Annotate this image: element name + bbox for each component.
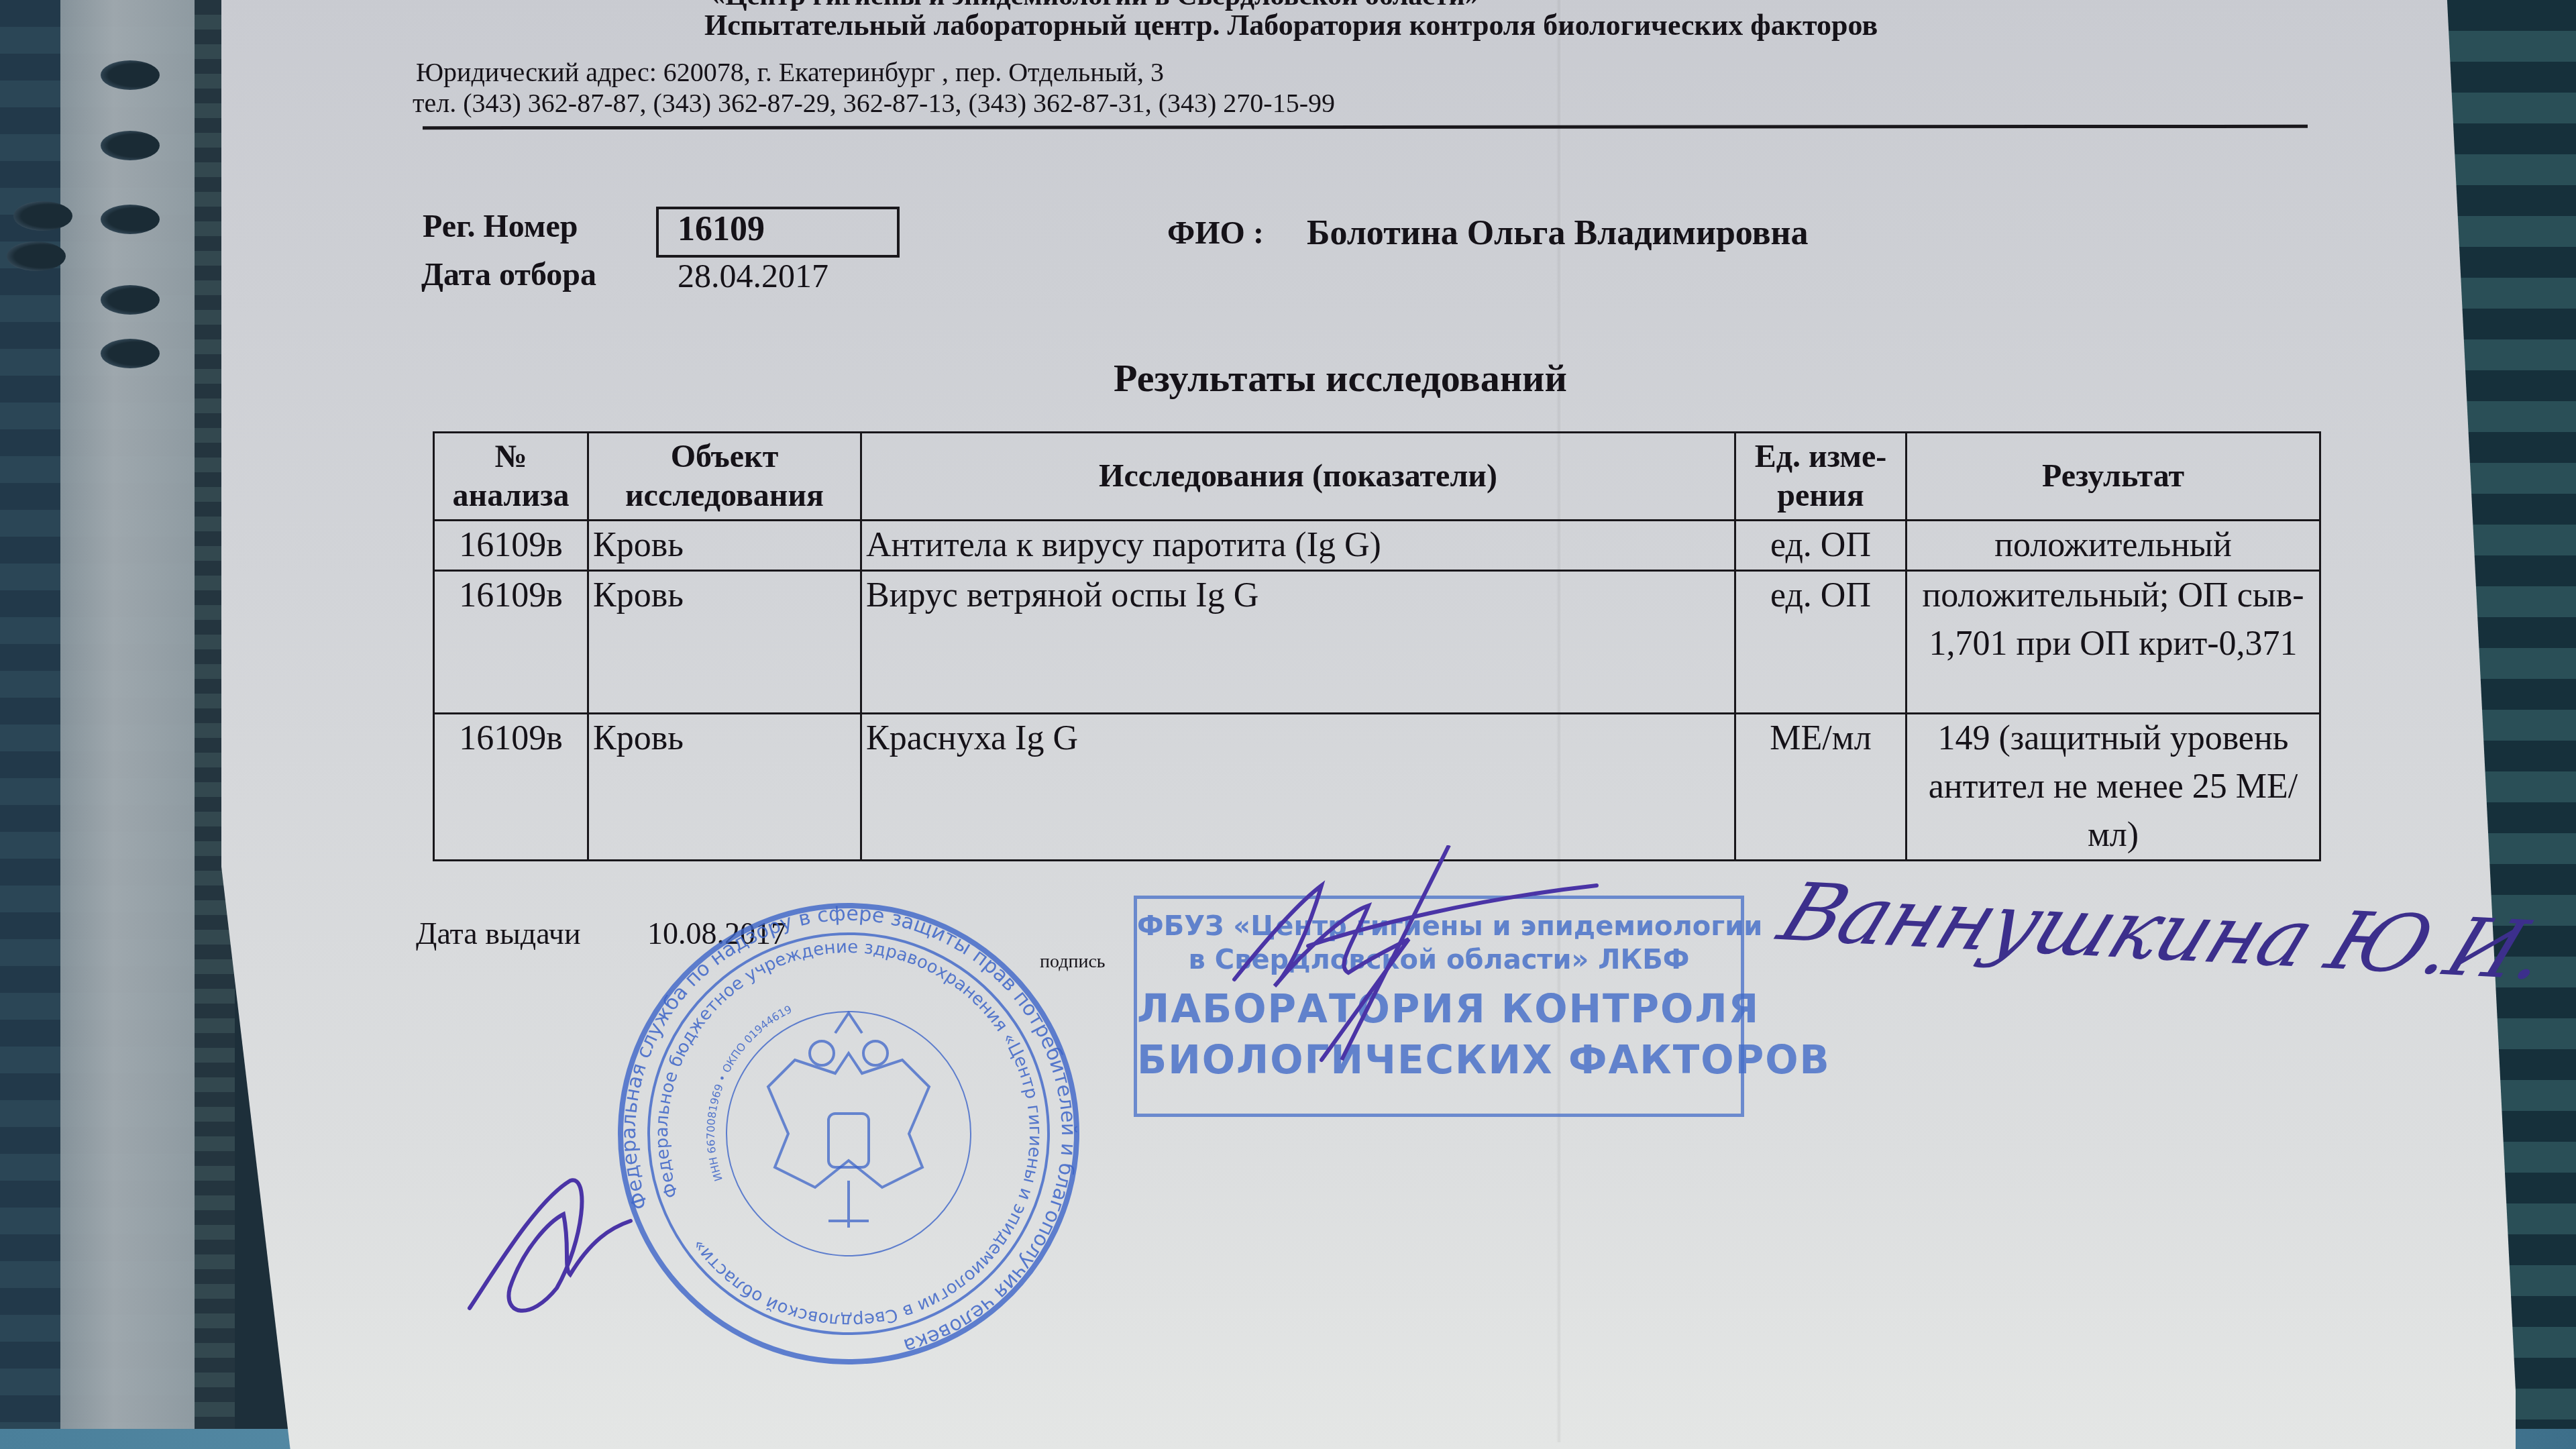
round-seal-stamp: Федеральная служба по надзору в сфере за…: [614, 899, 1083, 1368]
cell-object: Кровь: [588, 521, 861, 571]
legal-address: Юридический адрес: 620078, г. Екатеринбу…: [416, 56, 1164, 88]
col-header-result: Результат: [1907, 433, 2320, 521]
sample-date-value: 28.04.2017: [678, 256, 828, 295]
cell-result: положительный: [1907, 521, 2320, 571]
cell-object: Кровь: [588, 571, 861, 714]
punch-hole: [13, 201, 72, 231]
table-row: 16109в Кровь Вирус ветряной оспы Ig G ед…: [434, 571, 2320, 714]
punch-hole: [101, 131, 160, 160]
cell-unit: МЕ/мл: [1735, 714, 1907, 861]
lab-name: Испытательный лабораторный центр. Лабора…: [704, 8, 1878, 42]
seal-outer-text: Федеральная служба по надзору в сфере за…: [614, 899, 1083, 1368]
cell-result: 149 (защитный уровень антител не менее 2…: [1907, 714, 2320, 861]
cell-unit: ед. ОП: [1735, 571, 1907, 714]
handwritten-signature: [1194, 845, 1637, 1073]
col-header-test: Исследования (показатели): [861, 433, 1735, 521]
patient-name-label: ФИО :: [1167, 215, 1264, 252]
punch-hole: [101, 205, 160, 234]
cell-analysis-number: 16109в: [434, 714, 588, 861]
table-row: 16109в Кровь Краснуха Ig G МЕ/мл 149 (за…: [434, 714, 2320, 861]
punch-hole: [101, 339, 160, 368]
col-header-object: Объект исследования: [588, 433, 861, 521]
patient-name-value: Болотина Ольга Владимировна: [1307, 213, 1809, 253]
col-header-number: № анализа: [434, 433, 588, 521]
cell-test: Краснуха Ig G: [861, 714, 1735, 861]
sample-date-label: Дата отбора: [421, 256, 596, 293]
issue-date-label: Дата выдачи: [416, 916, 581, 951]
cell-test: Вирус ветряной оспы Ig G: [861, 571, 1735, 714]
table-header-row: № анализа Объект исследования Исследован…: [434, 433, 2320, 521]
phone-numbers: тел. (343) 362-87-87, (343) 362-87-29, 3…: [413, 87, 1335, 119]
results-table: № анализа Объект исследования Исследован…: [433, 431, 2321, 861]
results-title: Результаты исследований: [1114, 356, 1567, 400]
cell-unit: ед. ОП: [1735, 521, 1907, 571]
reg-number-value: 16109: [678, 209, 765, 249]
col-header-unit: Ед. изме-рения: [1735, 433, 1907, 521]
handwritten-signature: [456, 1154, 671, 1328]
cell-analysis-number: 16109в: [434, 521, 588, 571]
reg-number-label: Рег. Номер: [423, 208, 578, 245]
svg-text:Федеральная служба по надзору: Федеральная служба по надзору в сфере за…: [614, 899, 1083, 1368]
cell-test: Антитела к вирусу паротита (Ig G): [861, 521, 1735, 571]
punch-hole: [7, 241, 66, 271]
double-headed-eagle-icon: [768, 1013, 929, 1228]
punch-hole: [101, 60, 160, 90]
svg-text:Федеральное бюджетное учрежден: Федеральное бюджетное учреждение здравоо…: [614, 899, 1083, 1368]
punch-hole: [101, 285, 160, 315]
table-row: 16109в Кровь Антитела к вирусу паротита …: [434, 521, 2320, 571]
seal-middle-text: Федеральное бюджетное учреждение здравоо…: [614, 899, 1083, 1368]
cell-result: положительный; ОП сыв- 1,701 при ОП крит…: [1907, 571, 2320, 714]
cell-object: Кровь: [588, 714, 861, 861]
cell-analysis-number: 16109в: [434, 571, 588, 714]
